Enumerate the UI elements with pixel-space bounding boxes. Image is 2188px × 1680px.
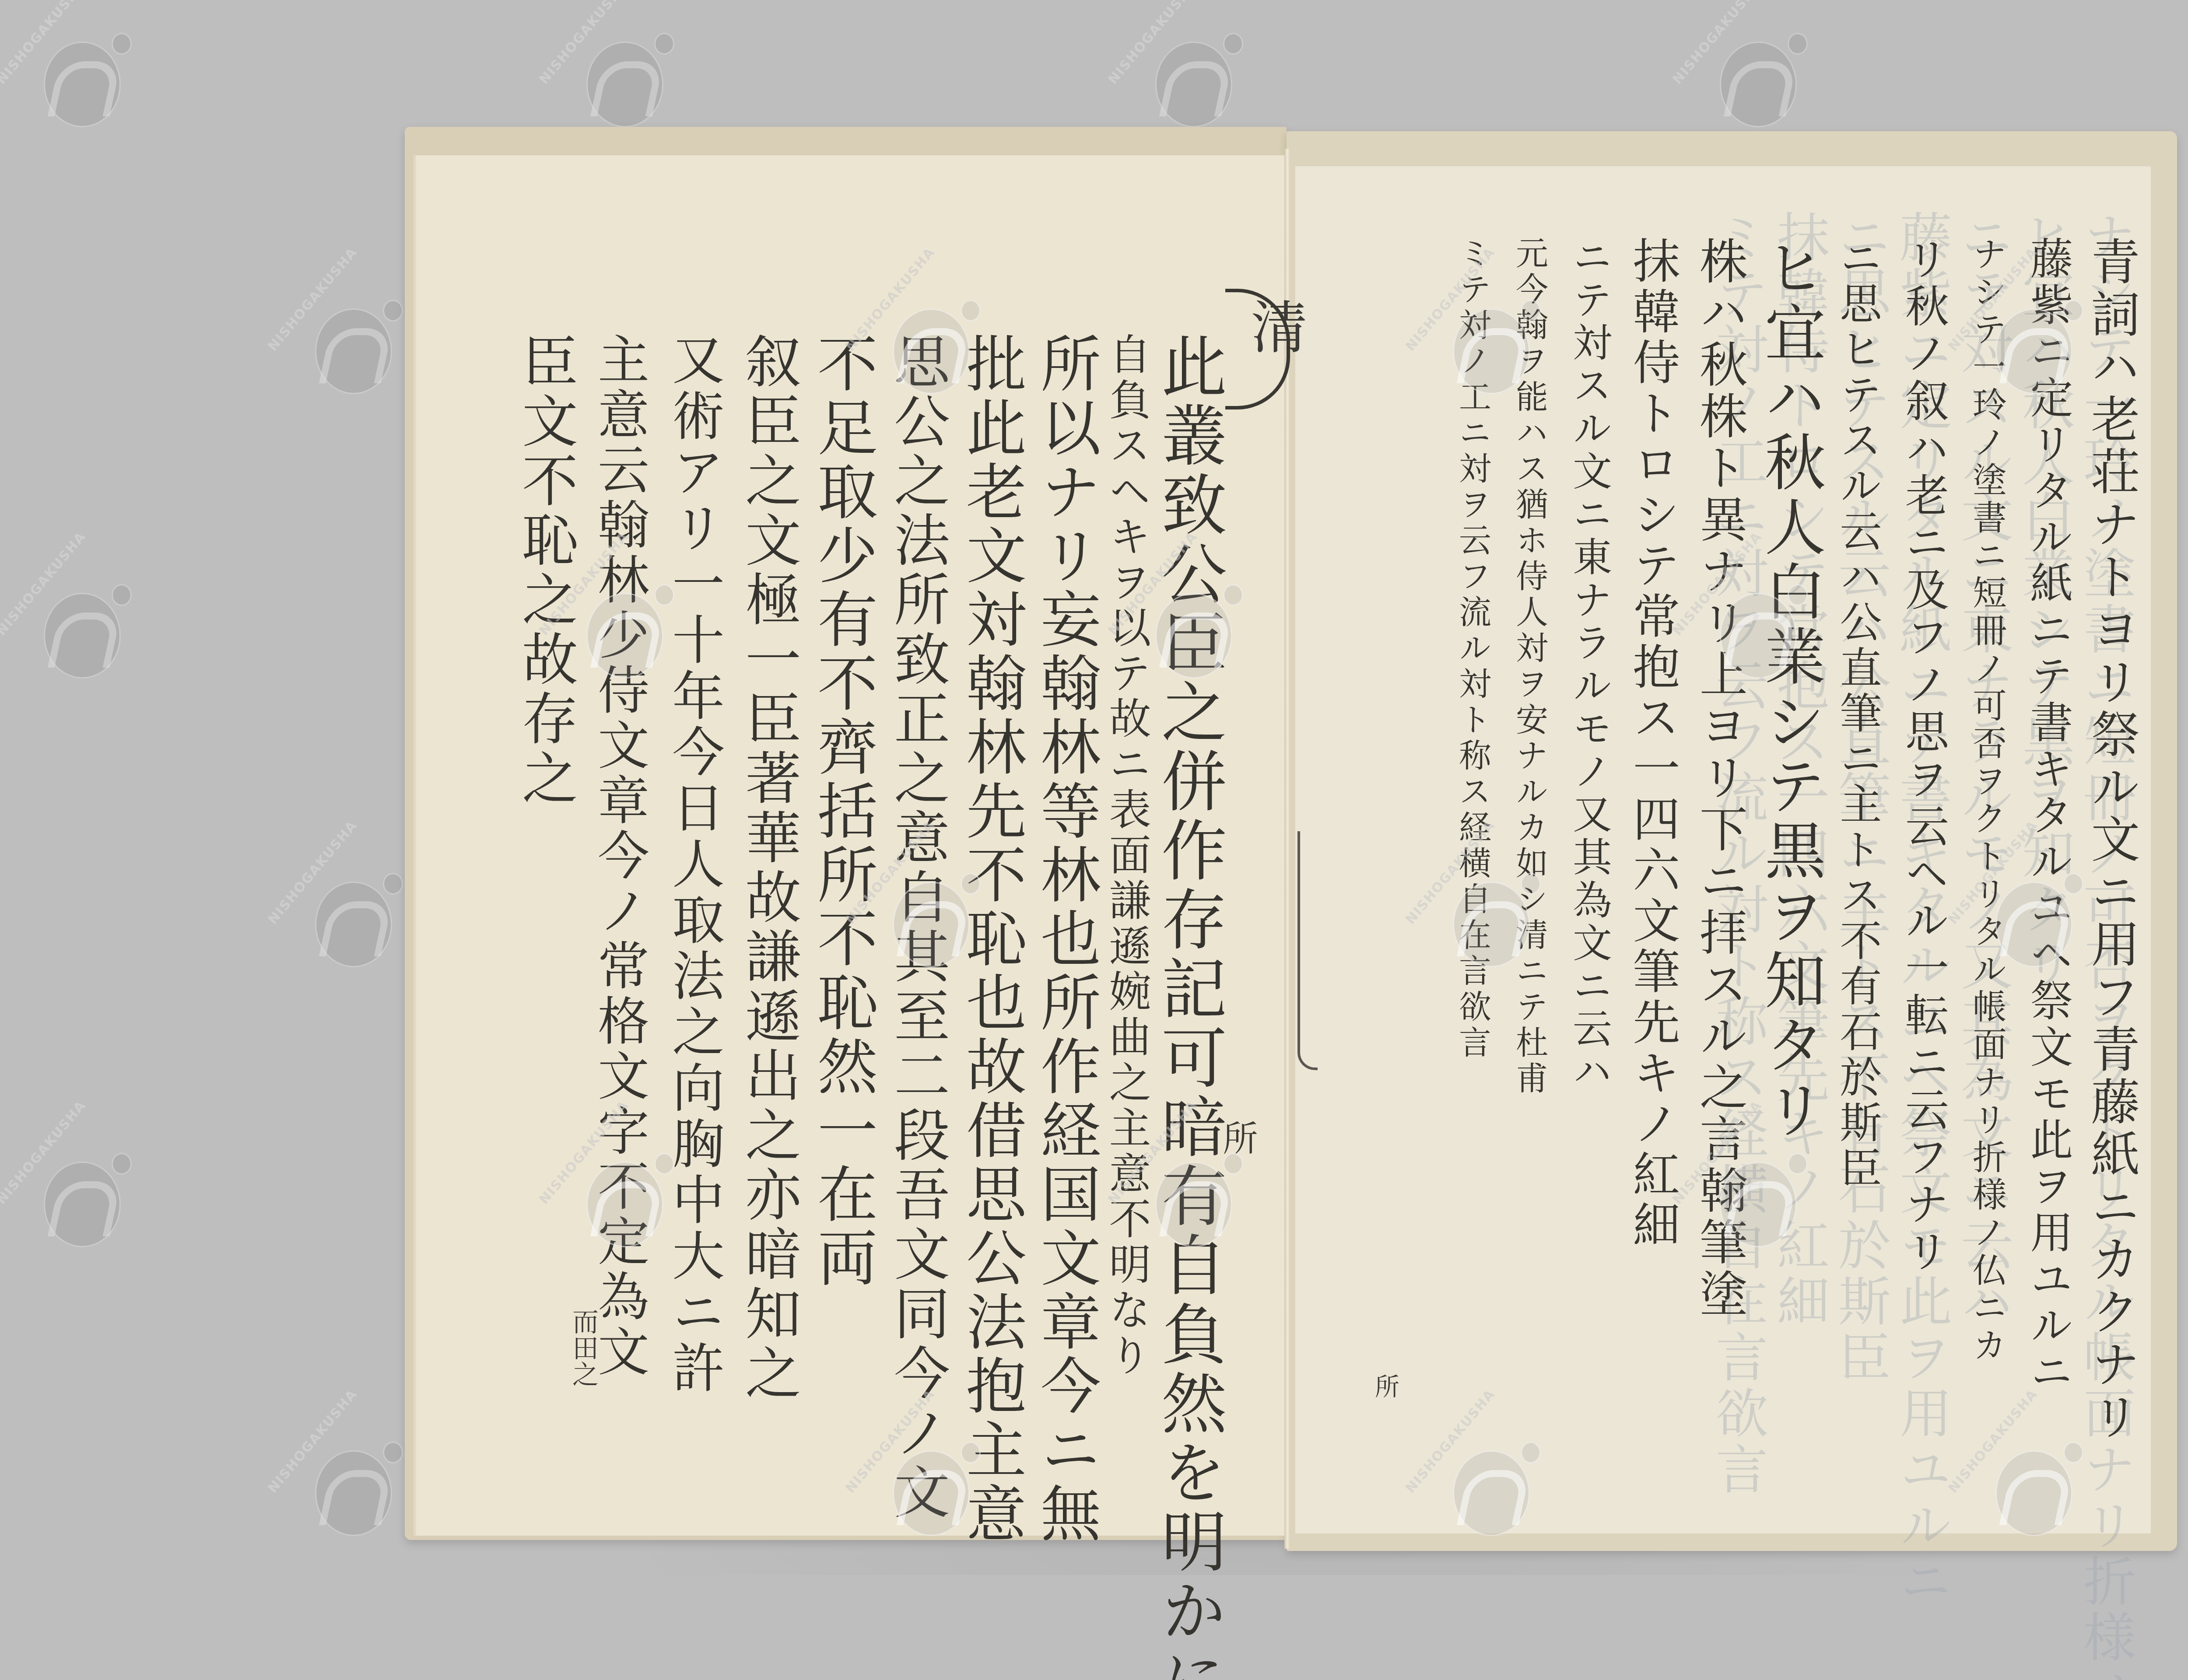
text-column: 不足取少有不齊括所不恥然一在両 xyxy=(805,332,880,1514)
right-annotation: 所 xyxy=(1367,1374,1403,1398)
watermark-logo-icon: NISHOGAKUSHA xyxy=(298,1426,416,1544)
watermark-logo-icon: NISHOGAKUSHA xyxy=(875,1426,993,1544)
text-column: 又術アリ一十年今日人取法之向胸中大ニ許 xyxy=(656,332,731,1514)
watermark-logo-icon: NISHOGAKUSHA xyxy=(569,1137,687,1256)
text-column: 叙臣之文極一臣著華故謙遜出之亦暗知之 xyxy=(731,332,805,1514)
watermark-logo-icon: NISHOGAKUSHA xyxy=(1978,857,2096,976)
watermark-logo-icon: NISHOGAKUSHA xyxy=(875,857,993,976)
watermark-logo-icon: NISHOGAKUSHA xyxy=(1978,284,2096,402)
watermark-logo-icon: NISHOGAKUSHA xyxy=(1435,284,1553,402)
watermark-logo-icon: NISHOGAKUSHA xyxy=(298,857,416,976)
text-column: リ秋ノ叙ハ老ニ及フノ思ヲ云ヘル一転ニ云フナリ xyxy=(1890,236,1956,1505)
text-column: 此叢致公臣之併作存記可暗有自負然を明かに xyxy=(1151,332,1225,1514)
watermark-logo-icon: NISHOGAKUSHA xyxy=(569,17,687,136)
text-column: ニテ対スル文ニ東ナラルモノ又其為文ニ云ハ xyxy=(1558,236,1619,1505)
watermark-logo-icon: NISHOGAKUSHA xyxy=(1138,17,1256,136)
margin-bracket-mark xyxy=(1297,831,1318,1070)
left-page-text: 此叢致公臣之併作存記可暗有自負然を明かに 自負スヘキヲ以テ故ニ表面謙遜婉曲之主意… xyxy=(438,332,1225,1514)
watermark-logo-icon: NISHOGAKUSHA xyxy=(875,284,993,402)
text-column: 所以ナリ妄翰林等林也所作経国文章今ニ無 xyxy=(1028,332,1103,1514)
text-column: 株ハ秋株ト異ナリ上ヨリ下ニ拝スル之言翰筆塗 xyxy=(1685,236,1755,1505)
text-column: 自負スヘキヲ以テ故ニ表面謙遜婉曲之主意不明なり xyxy=(1103,332,1151,1514)
left-annotation: 而田之 xyxy=(565,1308,602,1387)
watermark-logo-icon: NISHOGAKUSHA xyxy=(298,284,416,402)
text-column: 抹韓侍トロシテ常抱ス一四六文筆先キノ紅細 xyxy=(1619,236,1685,1505)
watermark-logo-icon: NISHOGAKUSHA xyxy=(569,569,687,687)
watermark-logo-icon: NISHOGAKUSHA xyxy=(26,1137,144,1256)
watermark-logo-icon: NISHOGAKUSHA xyxy=(26,17,144,136)
watermark-logo-icon: NISHOGAKUSHA xyxy=(1138,569,1256,687)
watermark-logo-icon: NISHOGAKUSHA xyxy=(1435,1426,1553,1544)
watermark-logo-icon: NISHOGAKUSHA xyxy=(26,569,144,687)
watermark-logo-icon: NISHOGAKUSHA xyxy=(1435,857,1553,976)
text-column: ニ思ヒテスル云ハ公直筆ニ主トス不有石於斯臣 xyxy=(1825,236,1890,1505)
watermark-logo-icon: NISHOGAKUSHA xyxy=(1702,569,1820,687)
text-column: ヒ宜ハ秋人白業シテ黒ヲ知タリ xyxy=(1755,236,1825,1505)
watermark-logo-icon: NISHOGAKUSHA xyxy=(1702,1137,1820,1256)
watermark-logo-icon: NISHOGAKUSHA xyxy=(1138,1137,1256,1256)
watermark-logo-icon: NISHOGAKUSHA xyxy=(1702,17,1820,136)
watermark-logo-icon: NISHOGAKUSHA xyxy=(1978,1426,2096,1544)
